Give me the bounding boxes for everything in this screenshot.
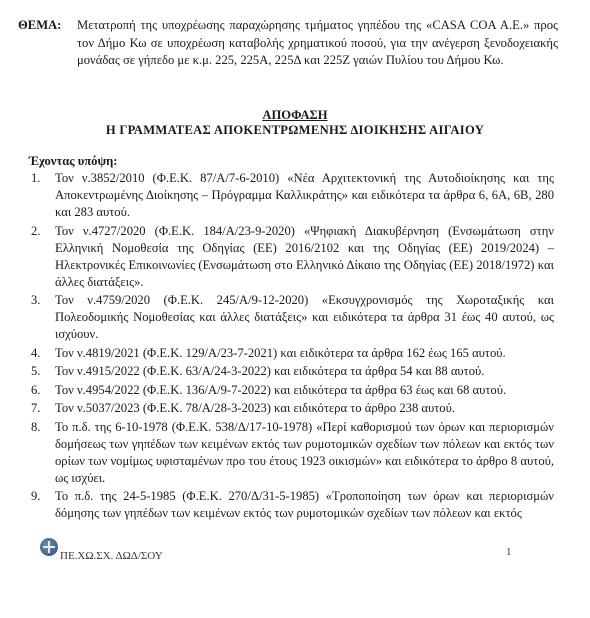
subject-block: ΘΕΜΑ: Μετατροπή της υποχρέωσης παραχώρησ… xyxy=(18,17,558,70)
list-item: 2.Τον ν.4727/2020 (Φ.Ε.Κ. 184/Α/23-9-202… xyxy=(29,223,554,291)
document-page: ΘΕΜΑ: Μετατροπή της υποχρέωσης παραχώρησ… xyxy=(0,0,590,618)
authority-title: Η ΓΡΑΜΜΑΤΕΑΣ ΑΠΟΚΕΝΤΡΩΜΕΝΗΣ ΔΙΟΙΚΗΣΗΣ ΑΙ… xyxy=(0,123,590,138)
legal-basis-list: 1.Τον ν.3852/2010 (Φ.Ε.Κ. 87/Α/7-6-2010)… xyxy=(29,170,554,524)
list-item: 8.Το π.δ. της 6-10-1978 (Φ.Ε.Κ. 538/Δ/17… xyxy=(29,419,554,487)
list-item: 1.Τον ν.3852/2010 (Φ.Ε.Κ. 87/Α/7-6-2010)… xyxy=(29,170,554,221)
list-item: 3.Τον ν.4759/2020 (Φ.Ε.Κ. 245/Α/9-12-202… xyxy=(29,292,554,343)
subject-label: ΘΕΜΑ: xyxy=(18,17,61,35)
decision-title: ΑΠΟΦΑΣΗ xyxy=(0,108,590,123)
list-item: 6.Τον ν.4954/2022 (Φ.Ε.Κ. 136/Α/9-7-2022… xyxy=(29,382,554,399)
page-number: 1 xyxy=(506,546,512,558)
list-item: 5.Τον ν.4915/2022 (Φ.Ε.Κ. 63/Α/24-3-2022… xyxy=(29,363,554,380)
list-item: 7.Τον ν.5037/2023 (Φ.Ε.Κ. 78/Α/28-3-2023… xyxy=(29,400,554,417)
page-footer: ΠΕ.ΧΩ.ΣΧ. ΔΩΔ/ΣΟΥ 1 xyxy=(40,538,550,568)
coat-of-arms-icon xyxy=(40,538,58,556)
having-regard-heading: Έχοντας υπόψη: xyxy=(29,154,117,169)
footer-department: ΠΕ.ΧΩ.ΣΧ. ΔΩΔ/ΣΟΥ xyxy=(60,550,163,562)
list-item: 4.Τον ν.4819/2021 (Φ.Ε.Κ. 129/Α/23-7-202… xyxy=(29,345,554,362)
list-item: 9.Το π.δ. της 24-5-1985 (Φ.Ε.Κ. 270/Δ/31… xyxy=(29,488,554,522)
subject-text: Μετατροπή της υποχρέωσης παραχώρησης τμή… xyxy=(77,17,558,70)
